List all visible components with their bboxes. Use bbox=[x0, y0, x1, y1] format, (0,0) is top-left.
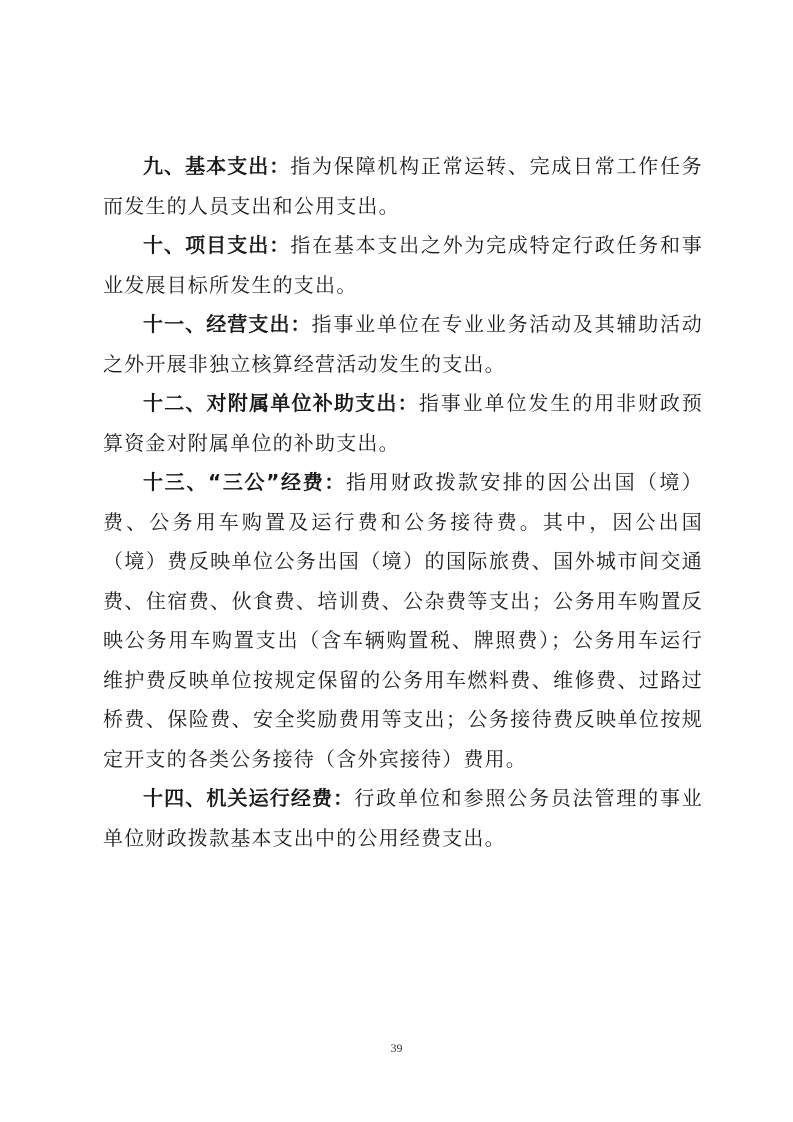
definition-term: 十四、机关运行经费： bbox=[143, 786, 354, 810]
definition-paragraph-three-public-expenses: 十三、“三公”经费：指用财政拨款安排的因公出国（境）费、公务用车购置及运行费和公… bbox=[103, 463, 703, 779]
definition-term: 十一、经营支出： bbox=[143, 312, 312, 336]
definition-paragraph-basic-expenditure: 九、基本支出：指为保障机构正常运转、完成日常工作任务而发生的人员支出和公用支出。 bbox=[103, 147, 703, 226]
definition-paragraph-subsidiary-subsidy: 十二、对附属单位补助支出：指事业单位发生的用非财政预算资金对附属单位的补助支出。 bbox=[103, 384, 703, 463]
definition-paragraph-project-expenditure: 十、项目支出：指在基本支出之外为完成特定行政任务和事业发展目标所发生的支出。 bbox=[103, 226, 703, 305]
definition-term: 十、项目支出： bbox=[143, 233, 290, 257]
page-number: 39 bbox=[0, 1041, 793, 1056]
definition-text: 指用财政拨款安排的因公出国（境）费、公务用车购置及运行费和公务接待费。其中，因公… bbox=[103, 470, 703, 771]
definition-term: 十二、对附属单位补助支出： bbox=[143, 391, 419, 415]
definition-paragraph-operating-expenditure: 十一、经营支出：指事业单位在专业业务活动及其辅助活动之外开展非独立核算经营活动发… bbox=[103, 305, 703, 384]
document-body: 九、基本支出：指为保障机构正常运转、完成日常工作任务而发生的人员支出和公用支出。… bbox=[103, 147, 703, 858]
definition-paragraph-agency-operating-funds: 十四、机关运行经费：行政单位和参照公务员法管理的事业单位财政拨款基本支出中的公用… bbox=[103, 779, 703, 858]
definition-term: 十三、“三公”经费： bbox=[143, 470, 346, 494]
definition-term: 九、基本支出： bbox=[143, 154, 290, 178]
